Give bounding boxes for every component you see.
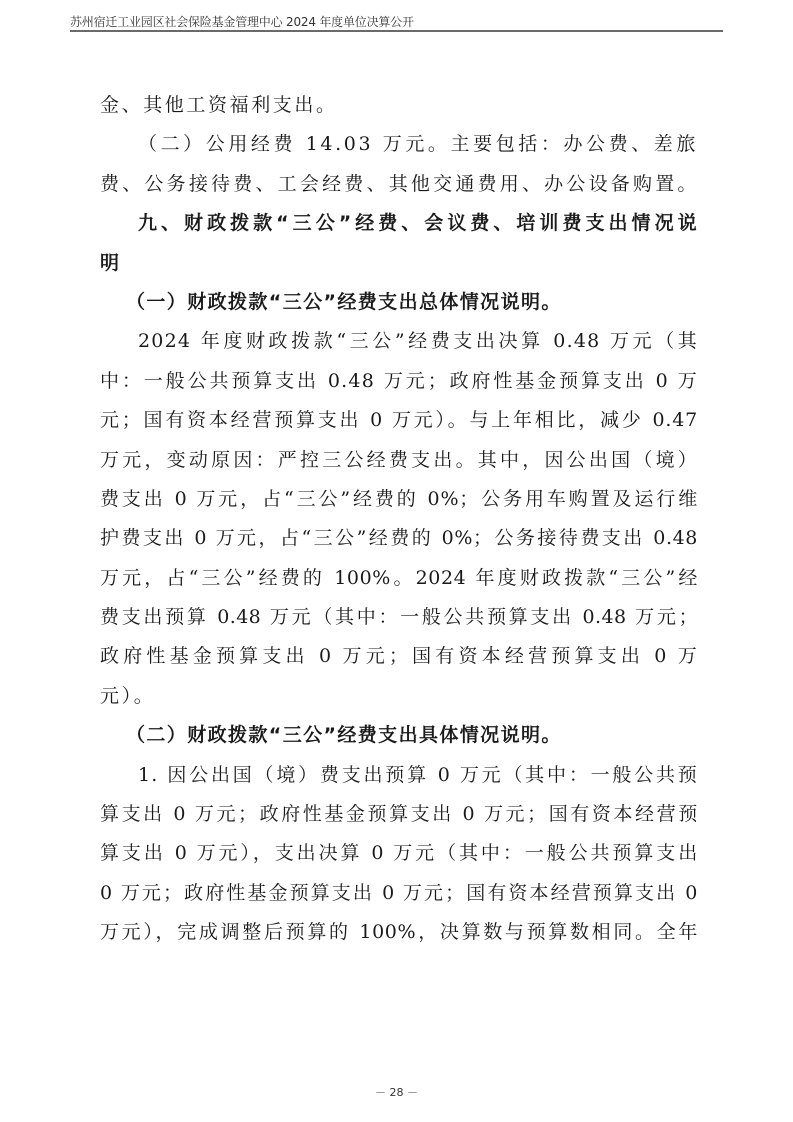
paragraph-line: 0 万元；政府性基金预算支出 0 万元；国有资本经营预算支出 0 — [100, 874, 698, 913]
paragraph-line: 元；国有资本经营预算支出 0 万元）。与上年相比，减少 0.47 — [100, 401, 698, 440]
paragraph-line: 1. 因公出国（境）费支出预算 0 万元（其中：一般公共预 — [100, 756, 698, 795]
subsection-heading: （二）财政拨款“三公”经费支出具体情况说明。 — [100, 716, 698, 755]
document-body: 金、其他工资福利支出。 （二）公用经费 14.03 万元。主要包括：办公费、差旅… — [100, 86, 698, 953]
paragraph-line: 费、公务接待费、工会经费、其他交通费用、办公设备购置。 — [100, 165, 698, 204]
paragraph-line: 2024 年度财政拨款“三公”经费支出决算 0.48 万元（其 — [100, 322, 698, 361]
page-number: － 28 － — [0, 1084, 793, 1100]
paragraph-line: 万元，占“三公”经费的 100%。2024 年度财政拨款“三公”经 — [100, 559, 698, 598]
paragraph-line: 费支出 0 万元，占“三公”经费的 0%；公务用车购置及运行维 — [100, 480, 698, 519]
paragraph-line: 万元），完成调整后预算的 100%，决算数与预算数相同。全年 — [100, 913, 698, 952]
section-heading: 九、财政拨款“三公”经费、会议费、培训费支出情况说 — [100, 204, 698, 243]
subsection-heading: （一）财政拨款“三公”经费支出总体情况说明。 — [100, 283, 698, 322]
paragraph-line: 万元，变动原因：严控三公经费支出。其中，因公出国（境） — [100, 441, 698, 480]
paragraph-line: 算支出 0 万元），支出决算 0 万元（其中：一般公共预算支出 — [100, 834, 698, 873]
paragraph-line: 中：一般公共预算支出 0.48 万元；政府性基金预算支出 0 万 — [100, 362, 698, 401]
header-title: 苏州宿迁工业园区社会保险基金管理中心 2024 年度单位决算公开 — [70, 13, 414, 30]
paragraph-line: 护费支出 0 万元，占“三公”经费的 0%；公务接待费支出 0.48 — [100, 519, 698, 558]
paragraph-line: 政府性基金预算支出 0 万元；国有资本经营预算支出 0 万 — [100, 637, 698, 676]
section-heading-continued: 明 — [100, 244, 698, 283]
paragraph-line: 金、其他工资福利支出。 — [100, 86, 698, 125]
paragraph-line: （二）公用经费 14.03 万元。主要包括：办公费、差旅 — [100, 125, 698, 164]
paragraph-line: 算支出 0 万元；政府性基金预算支出 0 万元；国有资本经营预 — [100, 795, 698, 834]
paragraph-line: 元）。 — [100, 677, 698, 716]
page-header: 苏州宿迁工业园区社会保险基金管理中心 2024 年度单位决算公开 — [70, 10, 723, 32]
paragraph-line: 费支出预算 0.48 万元（其中：一般公共预算支出 0.48 万元； — [100, 598, 698, 637]
